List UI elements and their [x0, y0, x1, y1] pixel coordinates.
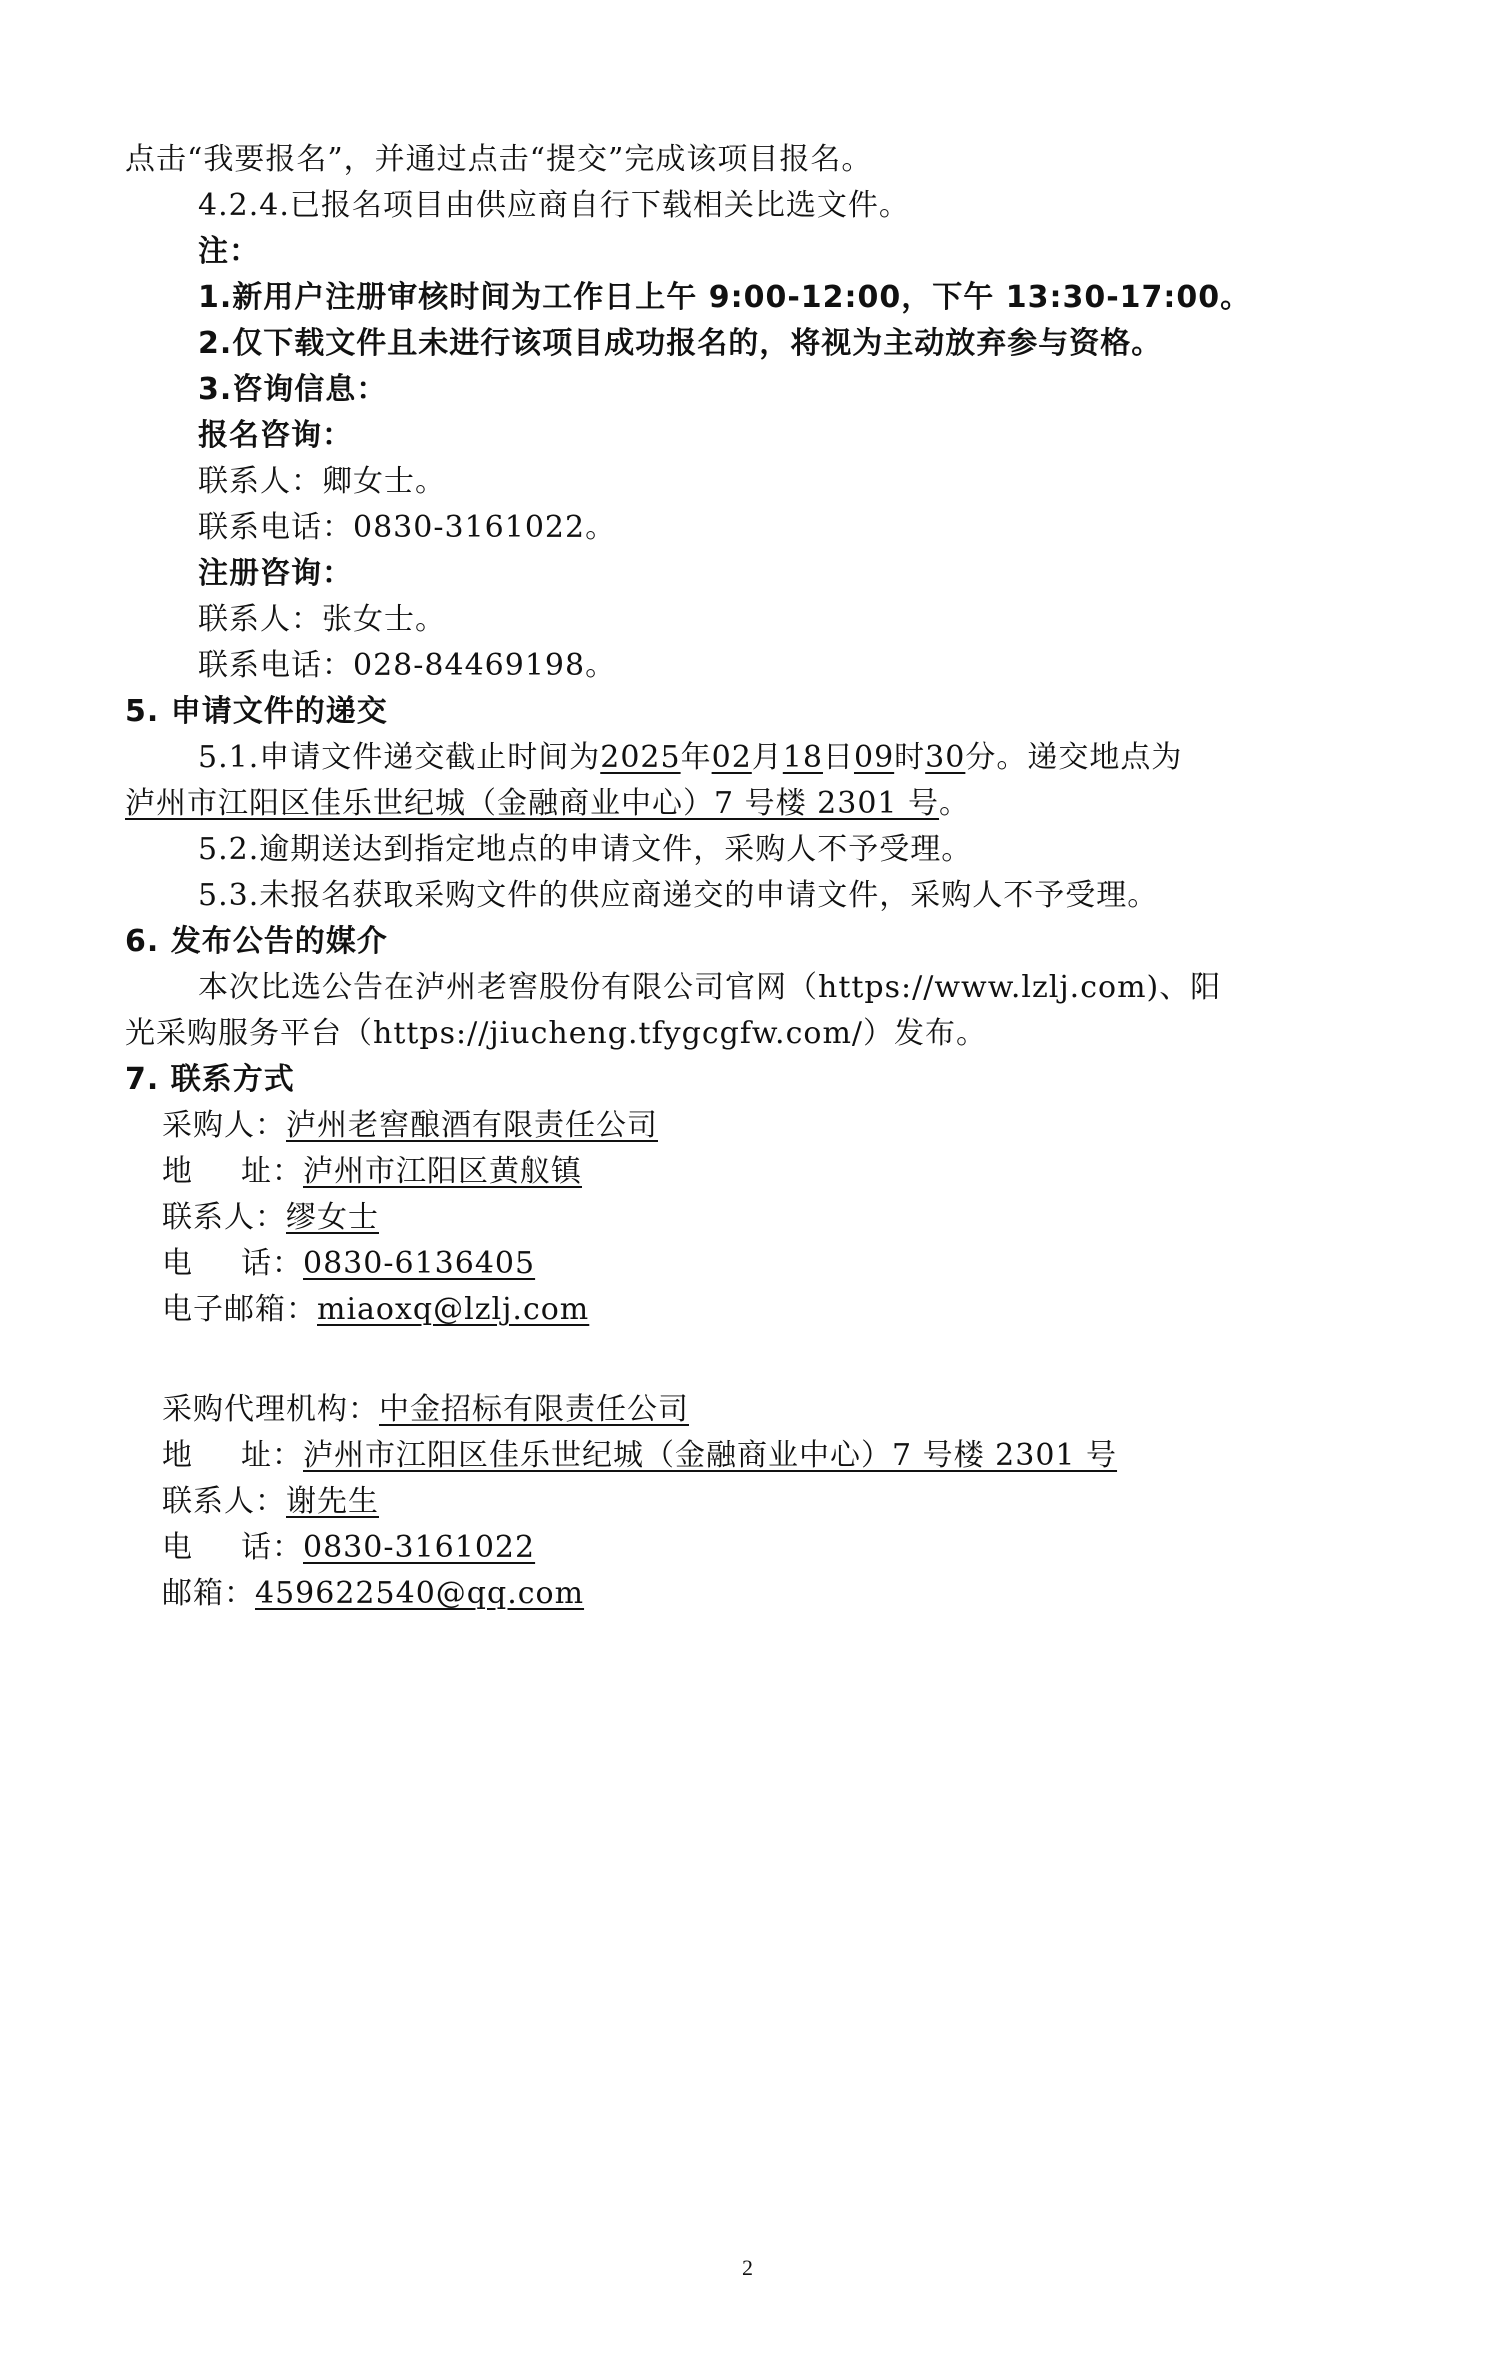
- signup-consult-phone: 联系电话：028-84469198。: [198, 646, 616, 686]
- purchaser-address: 泸州市江阳区黄舣镇: [303, 1154, 582, 1189]
- deadline-month: 02: [712, 740, 752, 775]
- minute-unit: 分。递交地点为: [965, 740, 1182, 775]
- continuation-line: 点击“我要报名”，并通过点击“提交”完成该项目报名。: [125, 140, 872, 180]
- purchaser-contact-row: 联系人：缪女士: [162, 1198, 379, 1238]
- contact-label: 联系人：: [162, 1484, 286, 1519]
- agency-address-row: 地址：泸州市江阳区佳乐世纪城（金融商业中心）7 号楼 2301 号: [162, 1436, 1117, 1476]
- section-7-heading: 7. 联系方式: [125, 1060, 295, 1100]
- deadline-hour: 09: [854, 740, 894, 775]
- agency-contact-row: 联系人：谢先生: [162, 1482, 379, 1522]
- contact-label: 联系人：: [162, 1200, 286, 1235]
- purchaser-phone: 0830-6136405: [303, 1246, 535, 1281]
- address-label-a: 地: [162, 1438, 193, 1473]
- notes-heading: 注：: [198, 232, 260, 272]
- purchaser-contact: 缪女士: [286, 1200, 379, 1235]
- registration-consult-contact: 联系人：卿女士。: [198, 462, 446, 502]
- purchaser-name-label: 采购人：: [162, 1108, 286, 1143]
- phone-label-a: 电: [162, 1530, 193, 1565]
- item-5-1-prefix: 5.1.申请文件递交截止时间为: [198, 740, 600, 775]
- item-4-2-4: 4.2.4.已报名项目由供应商自行下载相关比选文件。: [198, 186, 910, 226]
- year-unit: 年: [681, 740, 712, 775]
- agency-name: 中金招标有限责任公司: [379, 1392, 689, 1427]
- email-label: 电子邮箱：: [162, 1292, 317, 1327]
- signup-consult-contact: 联系人：张女士。: [198, 600, 446, 640]
- purchaser-address-row: 地址：泸州市江阳区黄舣镇: [162, 1152, 582, 1192]
- day-unit: 日: [823, 740, 854, 775]
- section-6-line1: 本次比选公告在泸州老窖股份有限公司官网（https://www.lzlj.com…: [198, 968, 1221, 1008]
- submission-location: 泸州市江阳区佳乐世纪城（金融商业中心）7 号楼 2301 号: [125, 786, 939, 821]
- phone-label-b: 话：: [241, 1530, 303, 1565]
- purchaser-email-row: 电子邮箱：miaoxq@lzlj.com: [162, 1290, 589, 1330]
- item-5-1-line2: 泸州市江阳区佳乐世纪城（金融商业中心）7 号楼 2301 号。: [125, 784, 970, 824]
- agency-phone: 0830-3161022: [303, 1530, 535, 1565]
- hour-unit: 时: [894, 740, 925, 775]
- address-label-b: 址：: [241, 1438, 303, 1473]
- phone-label-b: 话：: [241, 1246, 303, 1281]
- purchaser-email[interactable]: miaoxq@lzlj.com: [317, 1292, 589, 1327]
- item-5-3: 5.3.未报名获取采购文件的供应商递交的申请文件，采购人不予受理。: [198, 876, 1158, 916]
- agency-email-row: 邮箱：459622540@qq.com: [162, 1574, 584, 1614]
- purchaser-name: 泸州老窖酿酒有限责任公司: [286, 1108, 658, 1143]
- deadline-minute: 30: [925, 740, 965, 775]
- month-unit: 月: [752, 740, 783, 775]
- location-end: 。: [939, 786, 970, 821]
- registration-consult-heading: 报名咨询：: [198, 416, 353, 456]
- agency-address: 泸州市江阳区佳乐世纪城（金融商业中心）7 号楼 2301 号: [303, 1438, 1117, 1473]
- item-5-1-line1: 5.1.申请文件递交截止时间为2025年02月18日09时30分。递交地点为: [198, 738, 1182, 778]
- agency-name-label: 采购代理机构：: [162, 1392, 379, 1427]
- agency-email[interactable]: 459622540@qq.com: [255, 1576, 584, 1611]
- registration-consult-phone: 联系电话：0830-3161022。: [198, 508, 616, 548]
- note-3: 3.咨询信息：: [198, 370, 387, 410]
- purchaser-phone-row: 电话：0830-6136405: [162, 1244, 535, 1284]
- document-page: 点击“我要报名”，并通过点击“提交”完成该项目报名。 4.2.4.已报名项目由供…: [0, 0, 1500, 2363]
- agency-name-row: 采购代理机构：中金招标有限责任公司: [162, 1390, 689, 1430]
- section-6-heading: 6. 发布公告的媒介: [125, 922, 388, 962]
- section-5-heading: 5. 申请文件的递交: [125, 692, 388, 732]
- agency-phone-row: 电话：0830-3161022: [162, 1528, 535, 1568]
- deadline-year: 2025: [600, 740, 680, 775]
- section-6-line2: 光采购服务平台（https://jiucheng.tfygcgfw.com/）发…: [125, 1014, 987, 1054]
- phone-label-a: 电: [162, 1246, 193, 1281]
- address-label-a: 地: [162, 1154, 193, 1189]
- address-label-b: 址：: [241, 1154, 303, 1189]
- purchaser-name-row: 采购人：泸州老窖酿酒有限责任公司: [162, 1106, 658, 1146]
- note-1: 1.新用户注册审核时间为工作日上午 9:00-12:00，下午 13:30-17…: [198, 278, 1251, 318]
- deadline-day: 18: [783, 740, 823, 775]
- email-label: 邮箱：: [162, 1576, 255, 1611]
- signup-consult-heading: 注册咨询：: [198, 554, 353, 594]
- item-5-2: 5.2.逾期送达到指定地点的申请文件，采购人不予受理。: [198, 830, 972, 870]
- agency-contact: 谢先生: [286, 1484, 379, 1519]
- note-2: 2.仅下载文件且未进行该项目成功报名的，将视为主动放弃参与资格。: [198, 324, 1162, 364]
- page-number: 2: [742, 2255, 753, 2281]
